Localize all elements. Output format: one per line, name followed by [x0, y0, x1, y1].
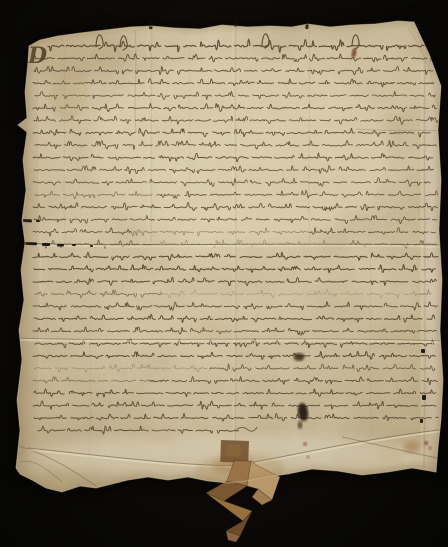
dark-mark — [42, 243, 50, 246]
dark-mark — [90, 245, 93, 247]
dark-mark — [57, 244, 64, 247]
dark-mark — [72, 244, 76, 246]
stain — [429, 447, 432, 450]
stain — [188, 322, 232, 342]
dark-mark — [421, 349, 425, 353]
stain — [144, 427, 176, 443]
dark-mark — [422, 395, 426, 400]
photo-backdrop: D — [0, 0, 448, 547]
stain — [298, 421, 303, 429]
stain — [404, 441, 420, 453]
stain — [307, 456, 310, 459]
stain — [424, 441, 428, 445]
seal-slit-inner — [226, 444, 240, 456]
stain — [303, 442, 307, 446]
stain — [294, 353, 305, 361]
line-flourish — [438, 43, 448, 47]
dark-mark — [36, 220, 40, 222]
manuscript-photo: D — [0, 0, 448, 547]
dark-mark — [420, 419, 423, 423]
